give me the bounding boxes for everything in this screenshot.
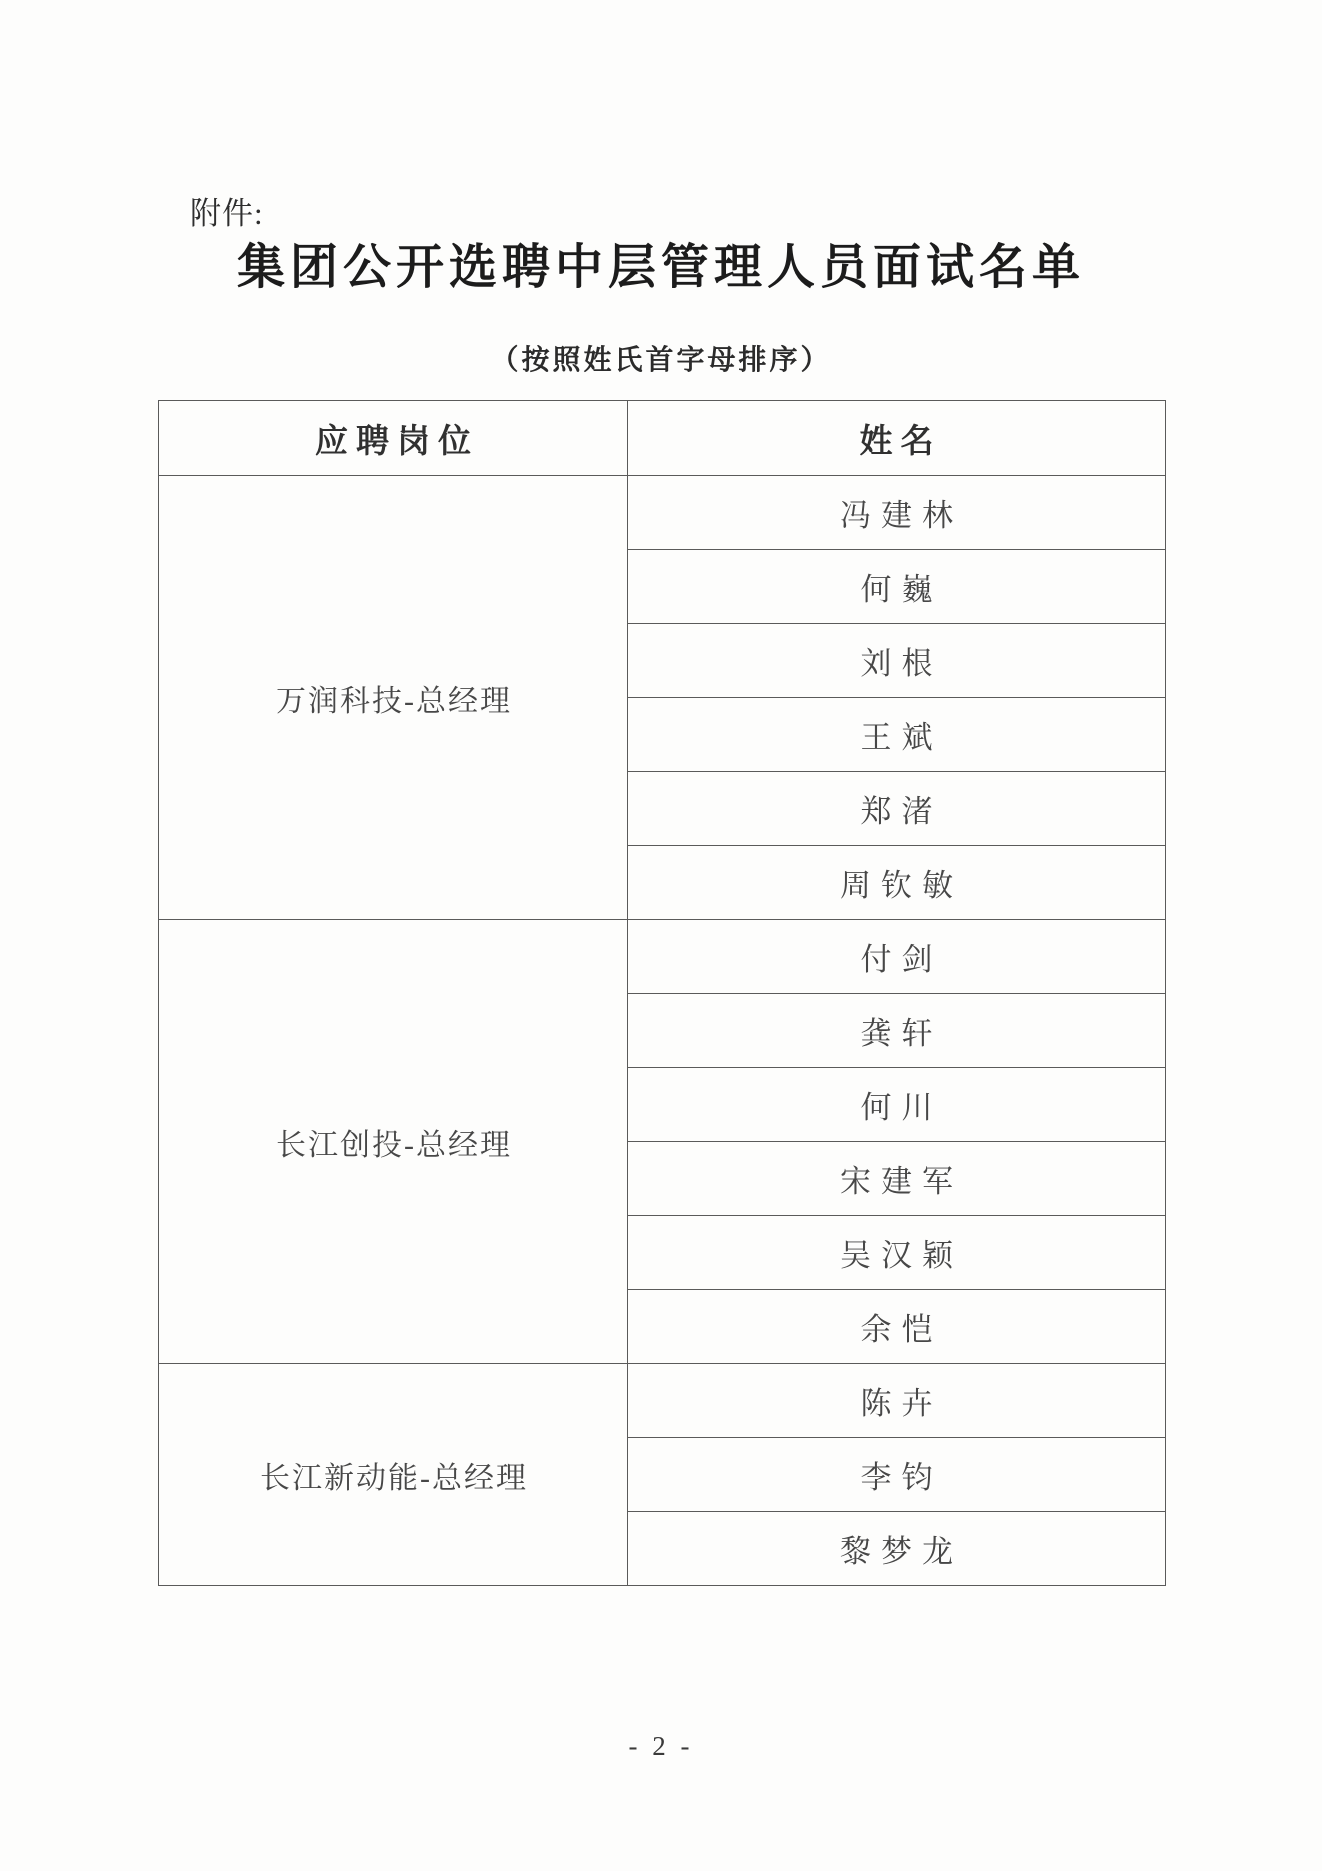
table-header-row: 应聘岗位 姓名 <box>159 401 1166 476</box>
candidate-name-cell: 李钧 <box>628 1438 1166 1512</box>
table-row: 长江新动能-总经理陈卉 <box>159 1364 1166 1438</box>
attachment-label: 附件: <box>190 188 264 233</box>
column-header-name: 姓名 <box>628 401 1166 476</box>
candidate-name-cell: 余恺 <box>628 1290 1166 1364</box>
scanned-document-page: 附件: 集团公开选聘中层管理人员面试名单 （按照姓氏首字母排序） 应聘岗位 姓名… <box>0 0 1322 1871</box>
page-number: - 2 - <box>0 1731 1322 1762</box>
page-title: 集团公开选聘中层管理人员面试名单 <box>0 228 1322 297</box>
candidate-name-cell: 郑渚 <box>628 772 1166 846</box>
candidate-name-cell: 何川 <box>628 1068 1166 1142</box>
column-header-position: 应聘岗位 <box>159 401 628 476</box>
candidate-name-cell: 宋建军 <box>628 1142 1166 1216</box>
candidate-name-cell: 黎梦龙 <box>628 1512 1166 1586</box>
position-cell: 长江新动能-总经理 <box>159 1364 628 1586</box>
candidate-name-cell: 王斌 <box>628 698 1166 772</box>
candidate-name-cell: 龚轩 <box>628 994 1166 1068</box>
interview-roster-table: 应聘岗位 姓名 万润科技-总经理冯建林何巍刘根王斌郑渚周钦敏长江创投-总经理付剑… <box>158 400 1166 1586</box>
candidate-name-cell: 吴汉颖 <box>628 1216 1166 1290</box>
candidate-name-cell: 刘根 <box>628 624 1166 698</box>
table-row: 万润科技-总经理冯建林 <box>159 476 1166 550</box>
page-subtitle: （按照姓氏首字母排序） <box>0 338 1322 378</box>
candidate-name-cell: 冯建林 <box>628 476 1166 550</box>
candidate-name-cell: 付剑 <box>628 920 1166 994</box>
position-cell: 长江创投-总经理 <box>159 920 628 1364</box>
table-row: 长江创投-总经理付剑 <box>159 920 1166 994</box>
candidate-name-cell: 陈卉 <box>628 1364 1166 1438</box>
position-cell: 万润科技-总经理 <box>159 476 628 920</box>
candidate-name-cell: 周钦敏 <box>628 846 1166 920</box>
candidate-name-cell: 何巍 <box>628 550 1166 624</box>
